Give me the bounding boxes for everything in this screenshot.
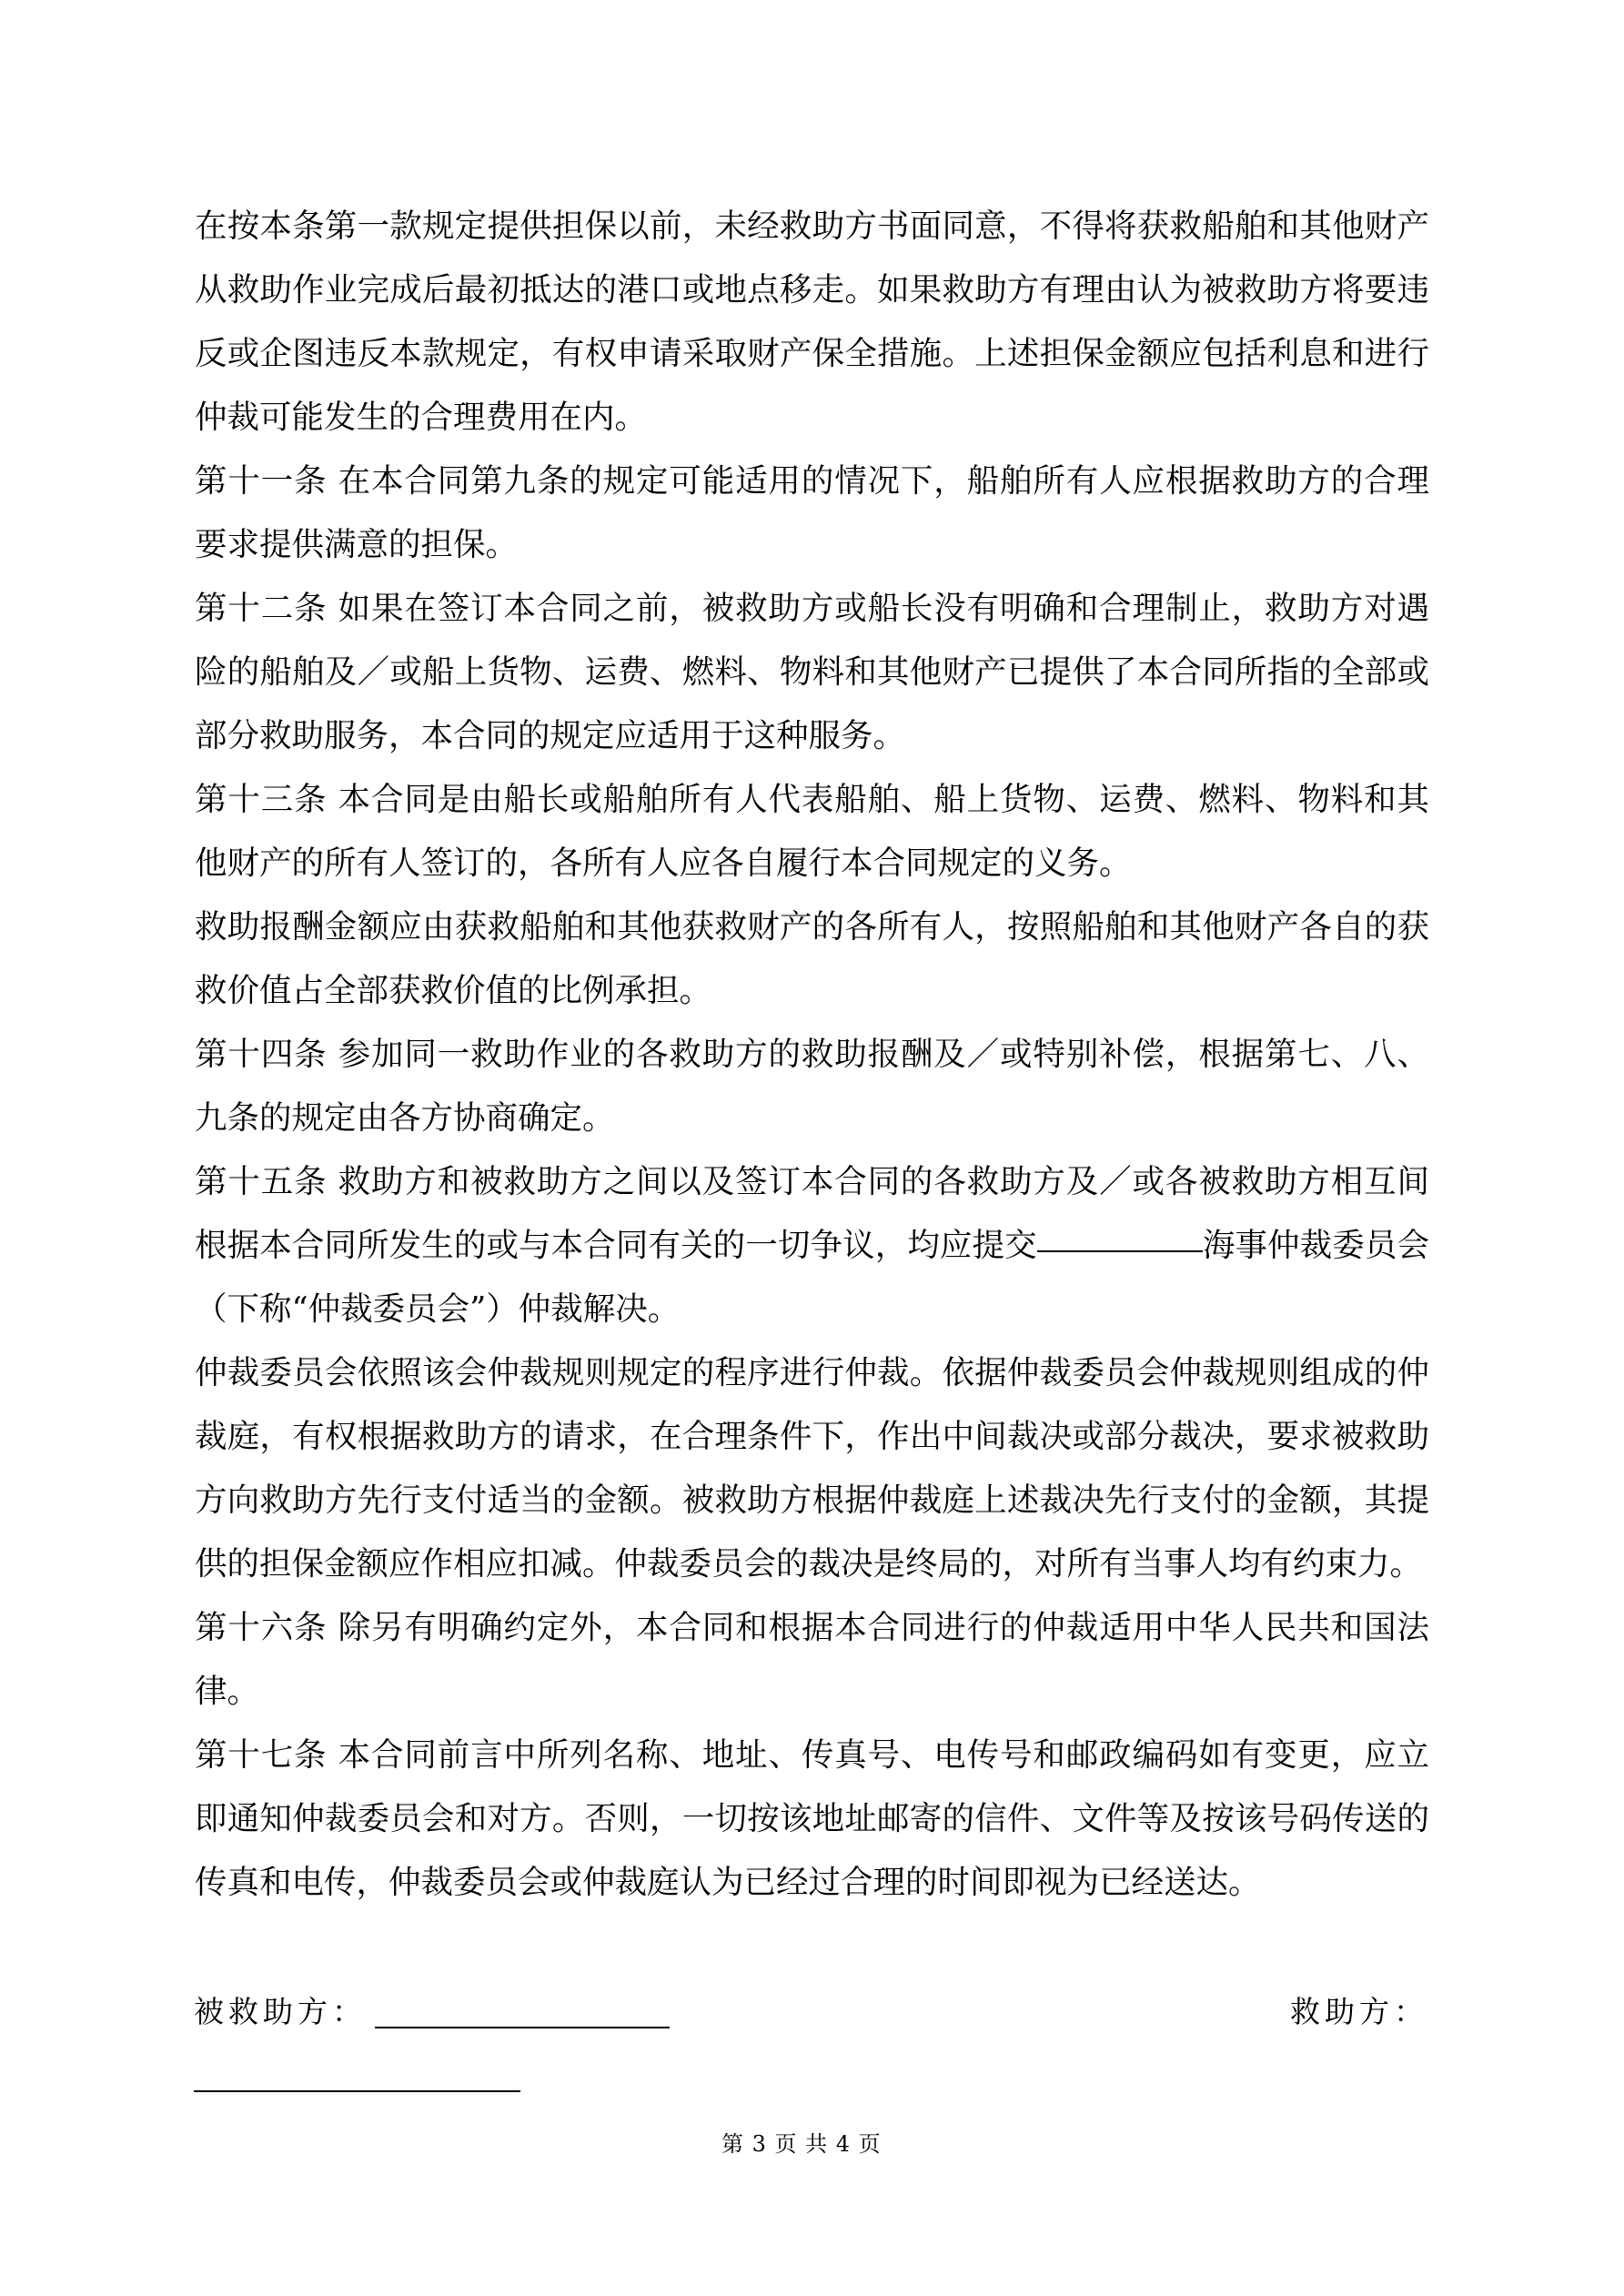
salved-party-signature-line[interactable]	[375, 2027, 670, 2028]
paragraph-article-13: 第十三条 本合同是由船长或船舶所有人代表船舶、船上货物、运费、燃料、物料和其他财…	[195, 768, 1429, 895]
arbitration-commission-blank[interactable]	[1037, 1249, 1203, 1252]
page-number-footer: 第 3 页 共 4 页	[721, 2130, 882, 2158]
paragraph-salvage-reward-apportionment: 救助报酬金额应由获救船舶和其他获救财产的各所有人，按照船舶和其他财产各自的获救价…	[195, 895, 1429, 1023]
salved-party-signature-label: 被救助方：	[194, 1994, 367, 2030]
salvor-signature-label: 救助方：	[1290, 1994, 1428, 2030]
paragraph-article-16: 第十六条 除另有明确约定外，本合同和根据本合同进行的仲裁适用中华人民共和国法律。	[195, 1596, 1429, 1724]
paragraph-article-11: 第十一条 在本合同第九条的规定可能适用的情况下，船舶所有人应根据救助方的合理要求…	[195, 450, 1429, 577]
contract-body: 在按本条第一款规定提供担保以前，未经救助方书面同意，不得将获救船舶和其他财产从救…	[195, 195, 1429, 1915]
salvor-signature-line[interactable]	[194, 2090, 520, 2092]
paragraph-article-17: 第十七条 本合同前言中所列名称、地址、传真号、电传号和邮政编码如有变更，应立即通…	[195, 1724, 1429, 1915]
paragraph-security-before-removal: 在按本条第一款规定提供担保以前，未经救助方书面同意，不得将获救船舶和其他财产从救…	[195, 195, 1429, 450]
document-page: 在按本条第一款规定提供担保以前，未经救助方书面同意，不得将获救船舶和其他财产从救…	[0, 0, 1624, 2296]
paragraph-article-12: 第十二条 如果在签订本合同之前，被救助方或船长没有明确和合理制止，救助方对遇险的…	[195, 577, 1429, 768]
paragraph-article-15: 第十五条 救助方和被救助方之间以及签订本合同的各救助方及／或各被救助方相互间根据…	[195, 1150, 1429, 1341]
paragraph-arbitration-procedure: 仲裁委员会依照该会仲裁规则规定的程序进行仲裁。依据仲裁委员会仲裁规则组成的仲裁庭…	[195, 1341, 1429, 1596]
paragraph-article-14: 第十四条 参加同一救助作业的各救助方的救助报酬及／或特别补偿，根据第七、八、九条…	[195, 1023, 1429, 1150]
